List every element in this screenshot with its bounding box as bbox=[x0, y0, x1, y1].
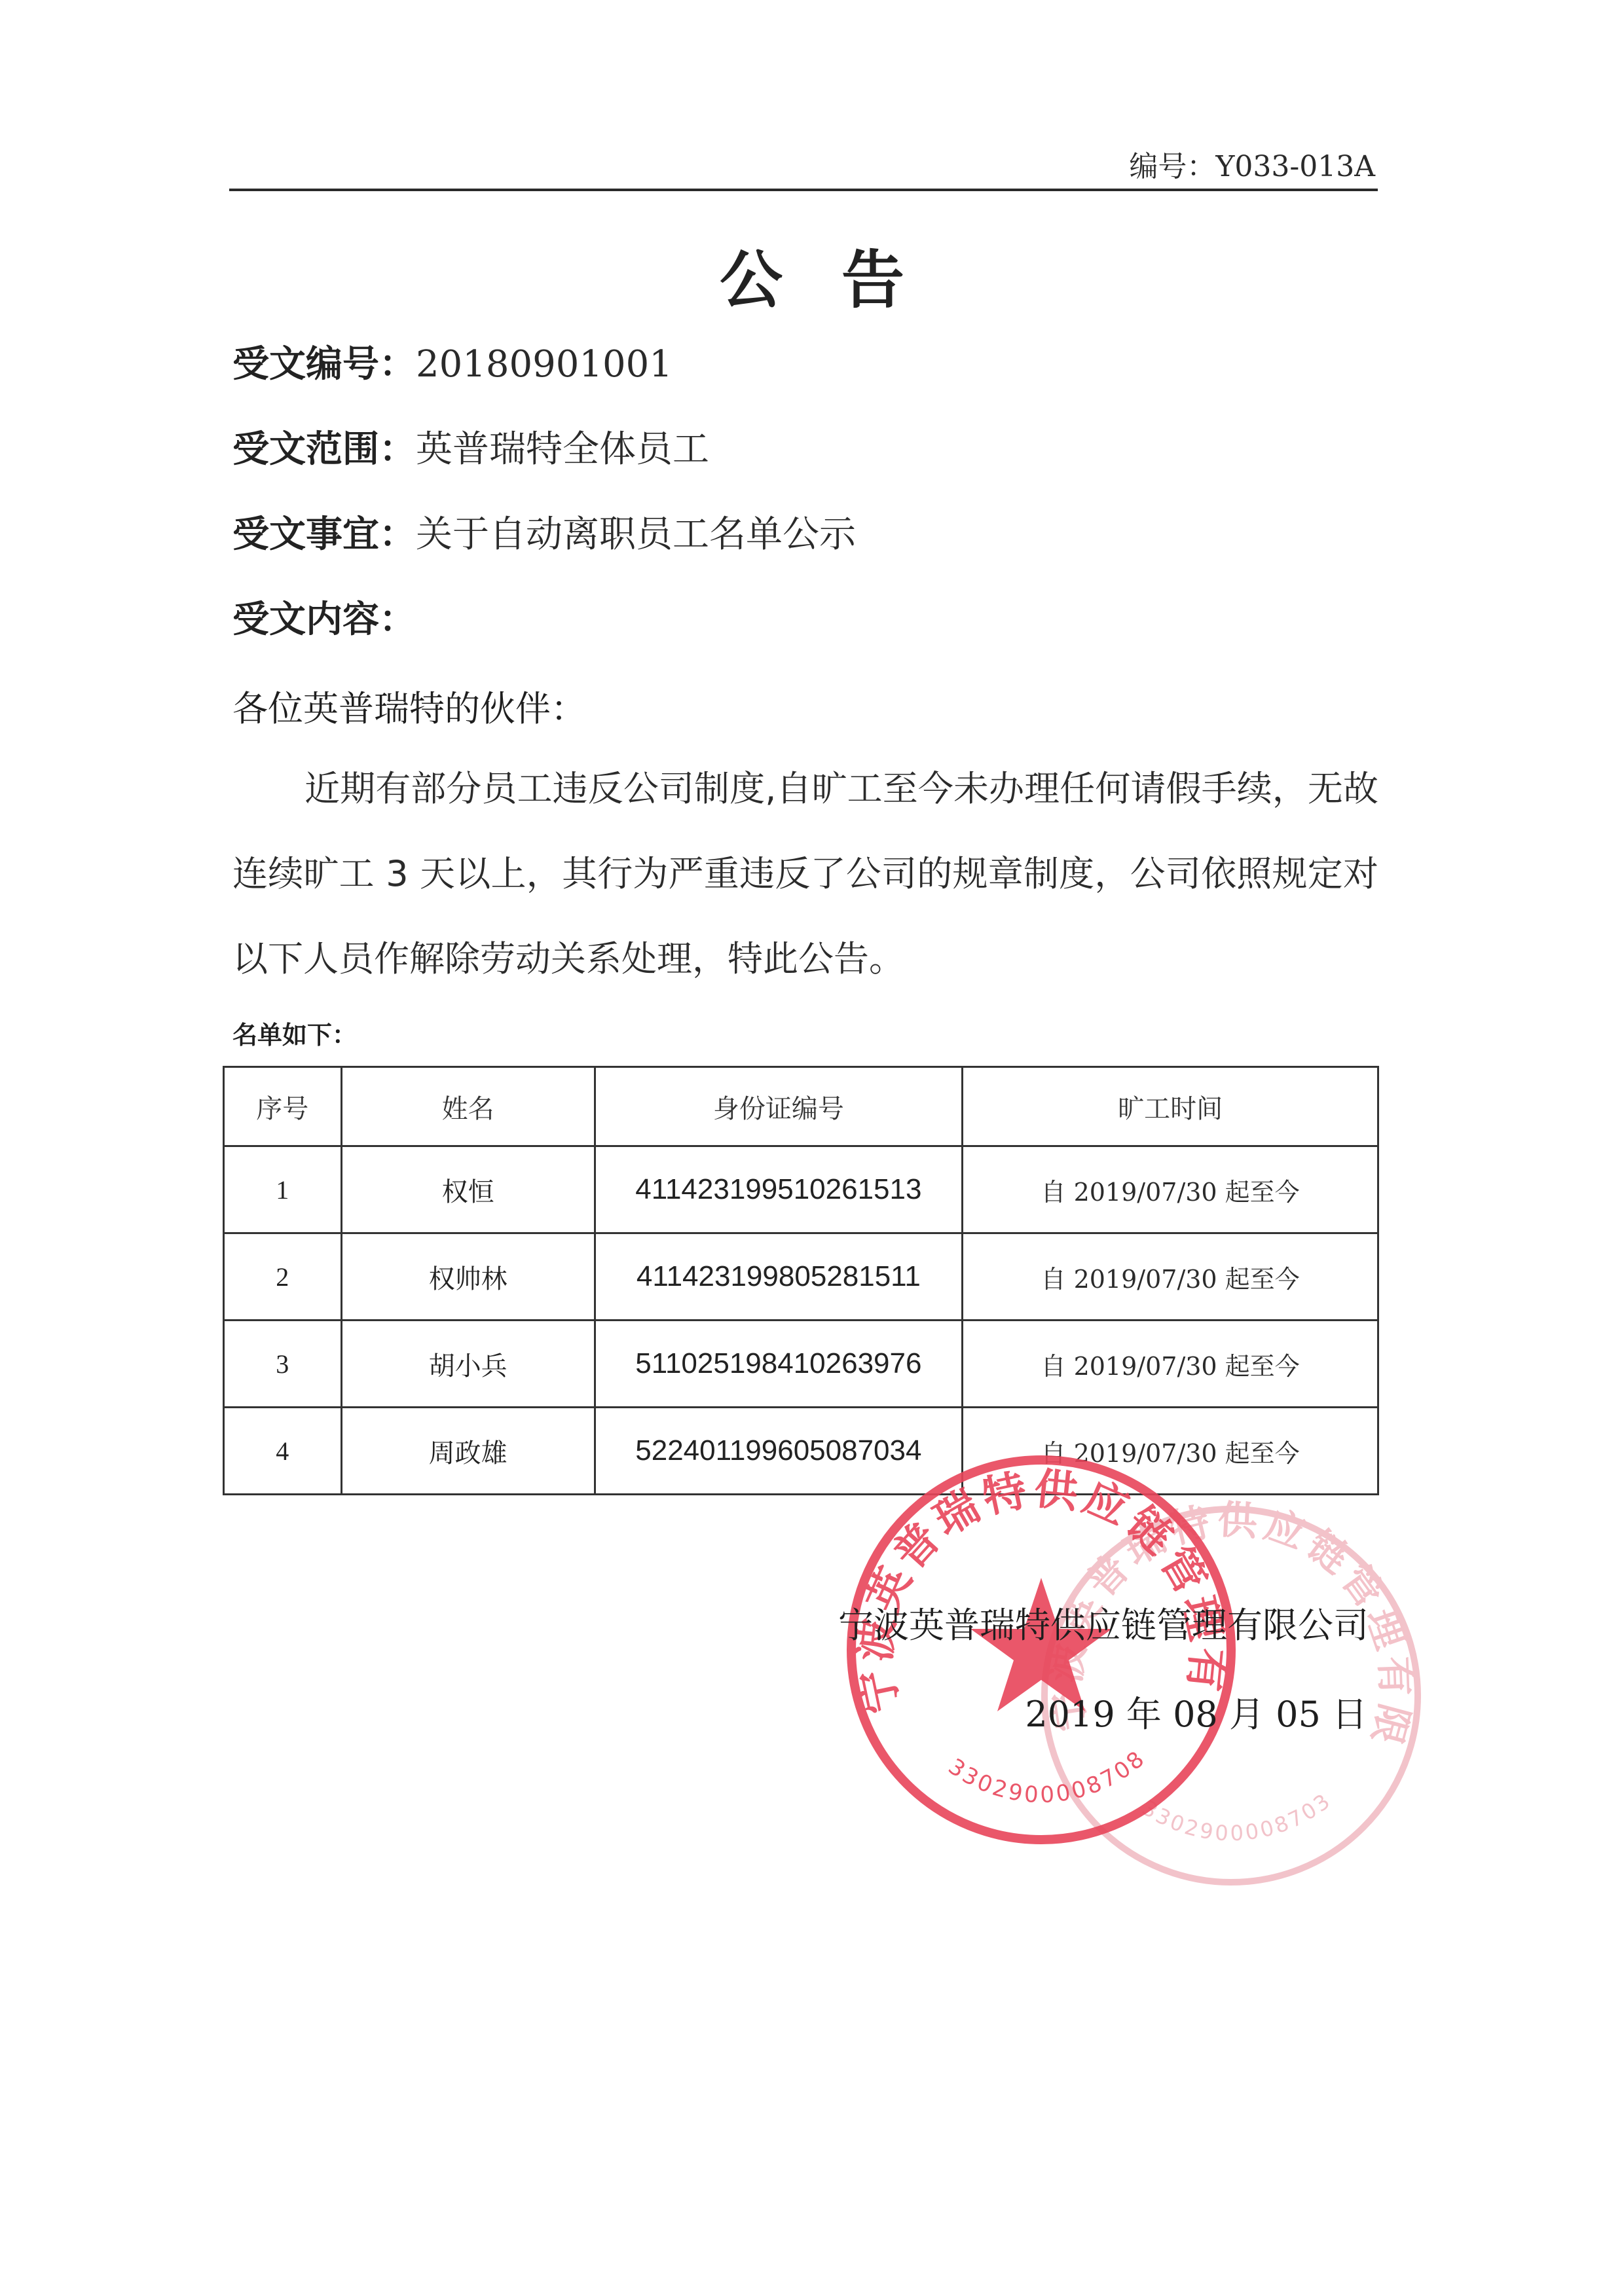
cell-seq: 2 bbox=[224, 1233, 342, 1321]
field-document-number: 受文编号：20180901001 bbox=[232, 335, 673, 388]
employee-table: 序号 姓名 身份证编号 旷工时间 1 权恒 411423199510261513… bbox=[223, 1066, 1379, 1495]
field-label: 受文范围： bbox=[232, 428, 416, 471]
cell-id-number: 511025198410263976 bbox=[595, 1321, 963, 1408]
field-subject: 受文事宜：关于自动离职员工名单公示 bbox=[232, 505, 856, 558]
column-header-seq: 序号 bbox=[224, 1067, 342, 1146]
column-header-id: 身份证编号 bbox=[595, 1067, 963, 1146]
column-header-name: 姓名 bbox=[341, 1067, 595, 1146]
cell-name: 权帅林 bbox=[341, 1233, 595, 1321]
field-content: 受文内容： bbox=[232, 591, 416, 643]
cell-name: 周政雄 bbox=[341, 1408, 595, 1495]
document-code: 编号：Y033-013A bbox=[1129, 143, 1375, 185]
field-value: 20180901001 bbox=[416, 343, 673, 386]
cell-id-number: 522401199605087034 bbox=[595, 1408, 963, 1495]
greeting: 各位英普瑞特的伙伴： bbox=[232, 681, 586, 731]
header-divider bbox=[229, 189, 1378, 191]
faint-stamp-code: 3302900008703 bbox=[1137, 1787, 1336, 1846]
column-header-period: 旷工时间 bbox=[963, 1067, 1378, 1146]
field-value: 关于自动离职员工名单公示 bbox=[416, 513, 856, 556]
field-label: 受文内容： bbox=[232, 598, 416, 641]
cell-name: 权恒 bbox=[341, 1146, 595, 1233]
table-header-row: 序号 姓名 身份证编号 旷工时间 bbox=[224, 1067, 1378, 1146]
table-row: 2 权帅林 411423199805281511 自 2019/07/30 起至… bbox=[224, 1233, 1378, 1321]
cell-name: 胡小兵 bbox=[341, 1321, 595, 1408]
svg-text:3302900008703: 3302900008703 bbox=[1137, 1787, 1336, 1846]
field-label: 受文事宜： bbox=[232, 513, 416, 556]
field-value: 英普瑞特全体员工 bbox=[416, 428, 709, 471]
cell-period: 自 2019/07/30 起至今 bbox=[963, 1233, 1378, 1321]
field-label: 受文编号： bbox=[232, 343, 416, 386]
list-label: 名单如下： bbox=[232, 1015, 357, 1051]
company-seal-icon: 宁波英普瑞特供应链管理有限公司 3302900008708 bbox=[838, 1447, 1244, 1853]
page-title: 公告 bbox=[0, 230, 1624, 320]
table-row: 1 权恒 411423199510261513 自 2019/07/30 起至今 bbox=[224, 1146, 1378, 1233]
field-scope: 受文范围：英普瑞特全体员工 bbox=[232, 420, 709, 473]
cell-seq: 3 bbox=[224, 1321, 342, 1408]
notice-paragraph: 近期有部分员工违反公司制度,自旷工至今未办理任何请假手续，无故连续旷工 3 天以… bbox=[232, 746, 1378, 1002]
cell-seq: 4 bbox=[224, 1408, 342, 1495]
cell-period: 自 2019/07/30 起至今 bbox=[963, 1408, 1378, 1495]
svg-text:3302900008708: 3302900008708 bbox=[944, 1745, 1151, 1808]
document-code-label: 编号： bbox=[1129, 150, 1215, 183]
table-row: 3 胡小兵 511025198410263976 自 2019/07/30 起至… bbox=[224, 1321, 1378, 1408]
signature-company: 宁波英普瑞特供应链管理有限公司 bbox=[838, 1597, 1369, 1648]
document-code-value: Y033-013A bbox=[1215, 150, 1375, 183]
cell-id-number: 411423199805281511 bbox=[595, 1233, 963, 1321]
table-row: 4 周政雄 522401199605087034 自 2019/07/30 起至… bbox=[224, 1408, 1378, 1495]
signature-date: 2019 年 08 月 05 日 bbox=[1025, 1686, 1367, 1737]
cell-period: 自 2019/07/30 起至今 bbox=[963, 1321, 1378, 1408]
cell-id-number: 411423199510261513 bbox=[595, 1146, 963, 1233]
seal-code: 3302900008708 bbox=[944, 1745, 1151, 1808]
cell-seq: 1 bbox=[224, 1146, 342, 1233]
cell-period: 自 2019/07/30 起至今 bbox=[963, 1146, 1378, 1233]
